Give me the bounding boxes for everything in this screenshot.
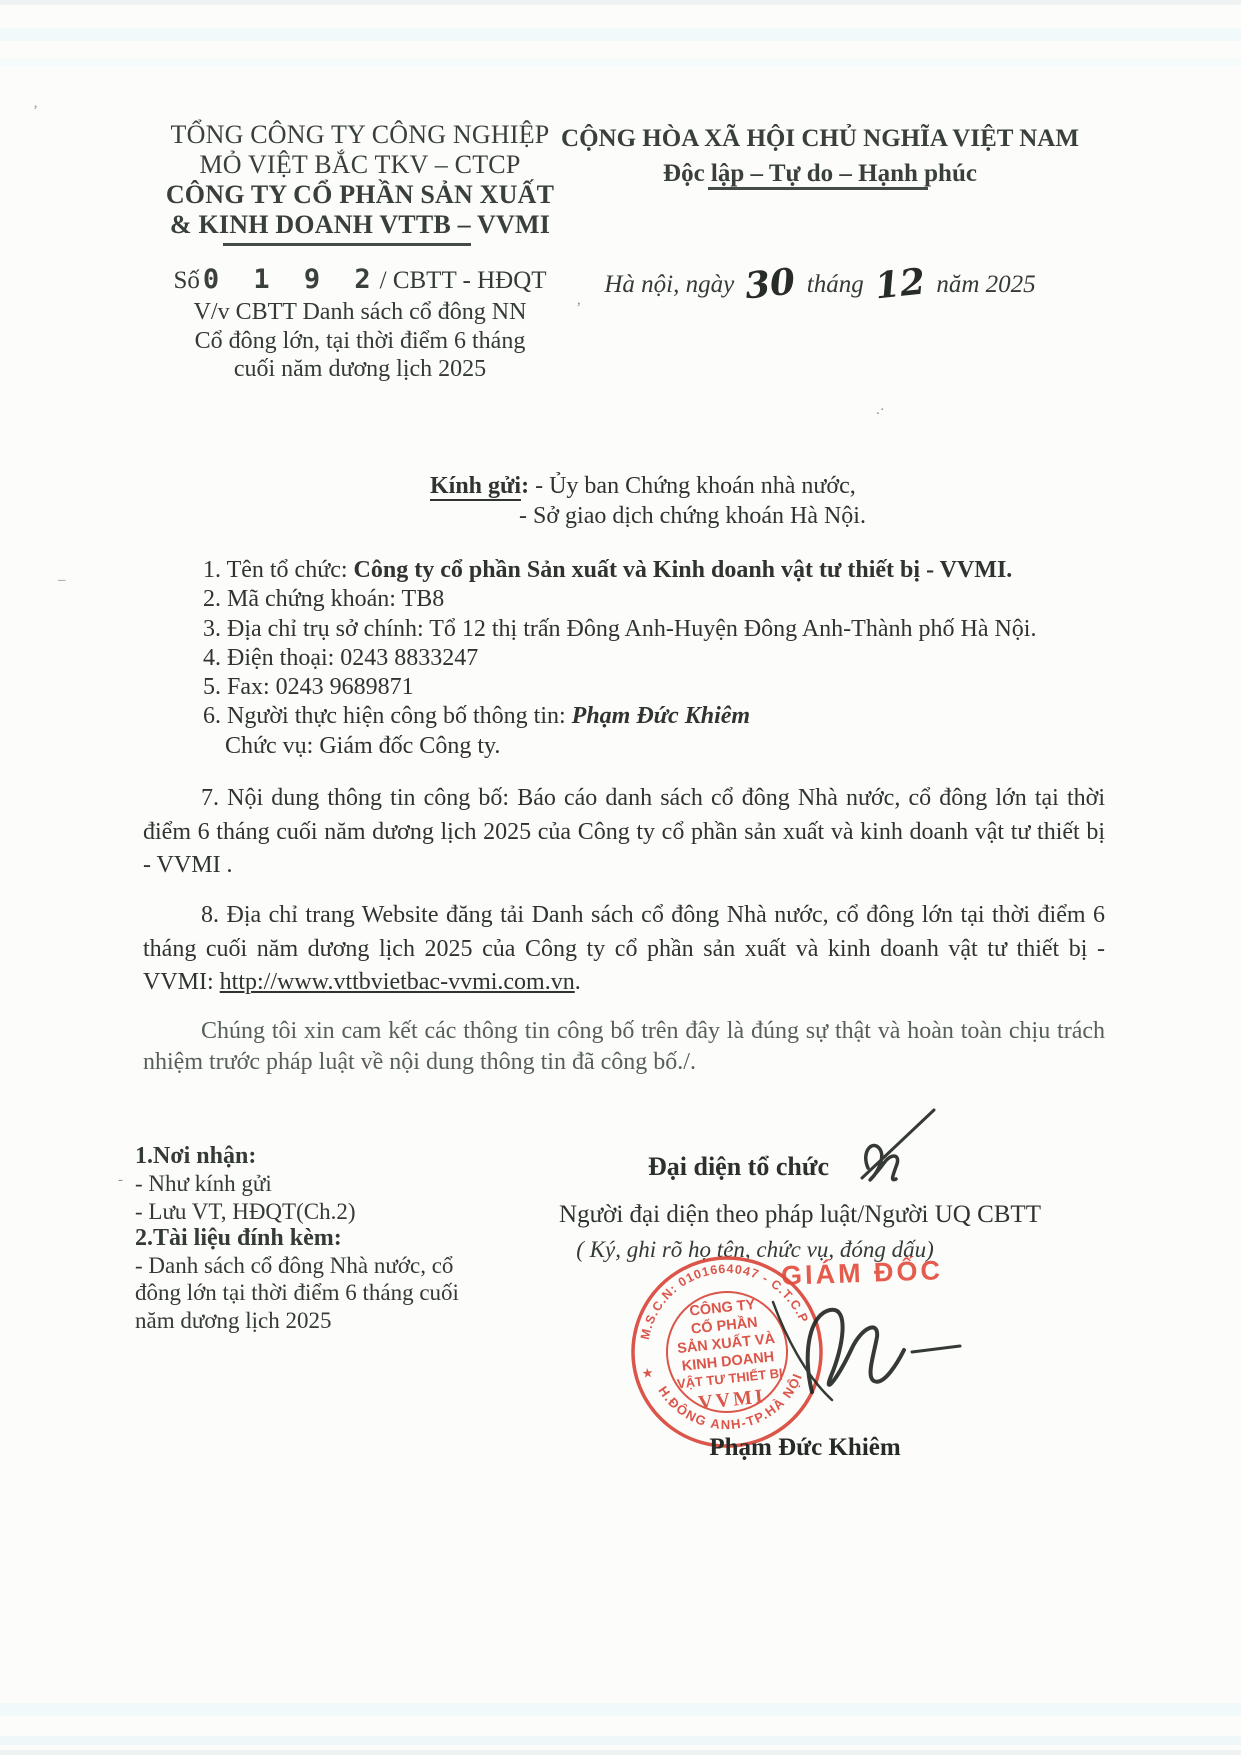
attachments-title: 2.Tài liệu đính kèm: — [135, 1225, 483, 1252]
org-name-line: CÔNG TY CỔ PHẦN SẢN XUẤT — [150, 180, 570, 210]
item-org-name: 1. Tên tổ chức: Công ty cổ phần Sản xuất… — [203, 556, 1108, 585]
doc-subject-line: cuối năm dương lịch 2025 — [150, 355, 570, 384]
doc-subject-line: Cổ đông lớn, tại thời điểm 6 tháng — [150, 327, 570, 356]
item-discloser-name: Phạm Đức Khiêm — [572, 703, 750, 729]
scan-artifact — [0, 1736, 1241, 1745]
scan-artifact: – — [58, 572, 66, 589]
doc-subject-line: V/v CBTT Danh sách cổ đông NN — [150, 298, 570, 327]
recipients: Kính gửi: - Ủy ban Chứng khoán nhà nước,… — [430, 471, 866, 531]
org-header-line: MỎ VIỆT BẮC TKV – CTCP — [150, 150, 570, 180]
doc-subject: V/v CBTT Danh sách cổ đông NN Cổ đông lớ… — [150, 298, 570, 384]
paragraph-website: 8. Địa chỉ trang Website đăng tải Danh s… — [143, 899, 1105, 1000]
motto-underline — [708, 187, 928, 190]
doc-number: Số0 1 9 2/ CBTT - HĐQT — [150, 264, 570, 295]
recipient-2: - Sở giao dịch chứng khoán Hà Nội. — [519, 501, 866, 531]
scan-artifact: , — [577, 292, 581, 309]
commitment-paragraph: Chúng tôi xin cam kết các thông tin công… — [143, 1016, 1105, 1078]
org-name-line: & KINH DOANH VTTB – VVMI — [150, 210, 570, 240]
paragraph-content: 7. Nội dung thông tin công bố: Báo cáo d… — [143, 782, 1105, 883]
doc-number-prefix: Số — [173, 267, 199, 294]
recipients-colon: : — [521, 473, 535, 499]
noi-nhan-title: 1.Nơi nhận: — [135, 1143, 483, 1170]
signature-dash — [912, 1346, 960, 1352]
date-month-handwritten: 12 — [873, 263, 927, 304]
recipients-line-1: Kính gửi: - Ủy ban Chứng khoán nhà nước, — [430, 471, 866, 501]
doc-number-stamped: 0 1 9 2 — [200, 264, 380, 295]
footer-notes: 1.Nơi nhận: - Như kính gửi - Lưu VT, HĐQ… — [135, 1143, 483, 1334]
item-address: 3. Địa chỉ trụ sở chính: Tổ 12 thị trấn … — [203, 615, 1108, 644]
doc-number-suffix: / CBTT - HĐQT — [380, 267, 547, 294]
scan-artifact — [0, 0, 1241, 5]
scan-artifact — [0, 28, 1241, 41]
website-link[interactable]: http://www.vttbvietbac-vvmi.com.vn — [220, 969, 575, 995]
item-org-name-value: Công ty cổ phần Sản xuất và Kinh doanh v… — [354, 557, 1013, 583]
item-discloser-role: Chức vụ: Giám đốc Công ty. — [203, 732, 1108, 761]
scan-artifact: .· — [876, 402, 885, 419]
national-motto: Độc lập – Tự do – Hạnh phúc — [560, 156, 1080, 191]
attachments-text: - Danh sách cổ đông Nhà nước, cổ đông lớ… — [135, 1252, 483, 1334]
item-discloser-label: 6. Người thực hiện công bố thông tin: — [203, 703, 572, 729]
signature-long-stroke — [773, 1302, 832, 1400]
issue-date: Hà nội, ngày 30 tháng 12 năm 2025 — [600, 262, 1040, 299]
scan-artifact — [0, 58, 1241, 66]
date-prefix: Hà nội, ngày — [604, 271, 734, 298]
date-mid: tháng — [807, 271, 864, 298]
org-header-line: TỔNG CÔNG TY CÔNG NGHIỆP — [150, 120, 570, 150]
scanned-official-letter: ’ – - , .· TỔNG CÔNG TY CÔNG NGHIỆP MỎ V… — [0, 0, 1241, 1755]
item-discloser: 6. Người thực hiện công bố thông tin: Ph… — [203, 702, 1108, 731]
paragraph-website-end: . — [575, 969, 581, 995]
scan-artifact — [0, 1703, 1241, 1716]
national-title: CỘNG HÒA XÃ HỘI CHỦ NGHĨA VIỆT NAM — [560, 121, 1080, 156]
item-fax: 5. Fax: 0243 9689871 — [203, 673, 1108, 702]
noi-nhan-entry: - Như kính gửi — [135, 1170, 483, 1197]
disclosure-items: 1. Tên tổ chức: Công ty cổ phần Sản xuất… — [203, 556, 1108, 761]
date-suffix: năm 2025 — [936, 271, 1035, 298]
date-day-handwritten: 30 — [744, 263, 798, 304]
noi-nhan-entry: - Lưu VT, HĐQT(Ch.2) — [135, 1198, 483, 1225]
signature-main-scrawl — [808, 1310, 904, 1392]
item-phone: 4. Điện thoại: 0243 8833247 — [203, 644, 1108, 673]
national-header: CỘNG HÒA XÃ HỘI CHỦ NGHĨA VIỆT NAM Độc l… — [560, 121, 1080, 191]
scan-artifact — [0, 1750, 1241, 1755]
scan-artifact: ’ — [33, 103, 38, 120]
org-header: TỔNG CÔNG TY CÔNG NGHIỆP MỎ VIỆT BẮC TKV… — [150, 120, 570, 240]
handwritten-signature — [580, 1090, 1020, 1490]
item-org-name-label: 1. Tên tổ chức: — [203, 557, 354, 583]
recipients-label: Kính gửi — [430, 473, 521, 501]
item-ticker: 2. Mã chứng khoán: TB8 — [203, 585, 1108, 614]
scan-artifact: - — [118, 1172, 123, 1189]
recipient-1: - Ủy ban Chứng khoán nhà nước, — [535, 473, 856, 499]
header-underline — [223, 243, 471, 246]
